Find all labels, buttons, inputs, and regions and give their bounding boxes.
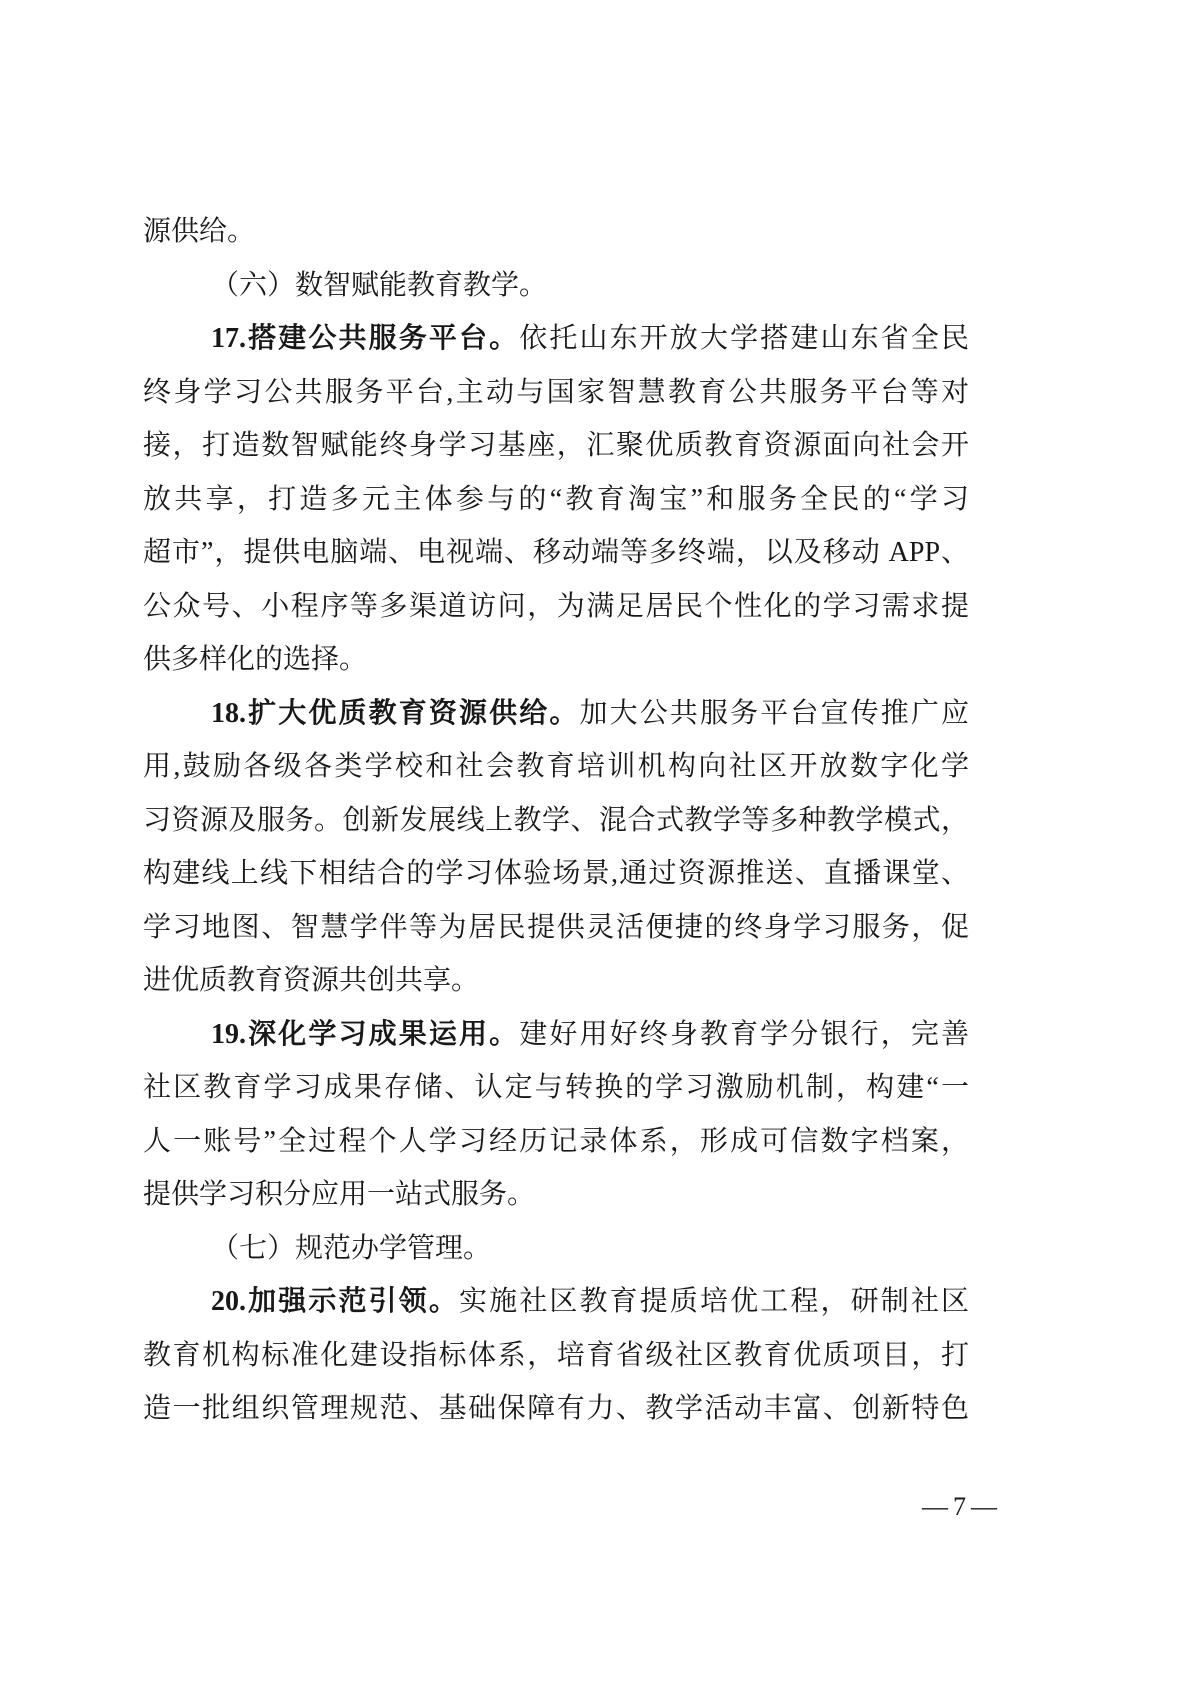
line-text: 习资源及服务。创新发展线上教学、混合式教学等多种教学模式， <box>143 805 969 836</box>
text-line: 造一批组织管理规范、基础保障有力、教学活动丰富、创新特色 <box>143 1382 969 1436</box>
text-line: 习资源及服务。创新发展线上教学、混合式教学等多种教学模式， <box>143 794 969 848</box>
text-line: 终身学习公共服务平台,主动与国家智慧教育公共服务平台等对 <box>143 366 969 420</box>
text-line: 18.扩大优质教育资源供给。加大公共服务平台宣传推广应 <box>143 687 969 741</box>
line-text: 建好用好终身教育学分银行，完善 <box>519 1019 969 1050</box>
text-line: 19.深化学习成果运用。建好用好终身教育学分银行，完善 <box>143 1008 969 1062</box>
paragraph-lead: 19.深化学习成果运用。 <box>211 1019 519 1050</box>
paragraph-lead: 20.加强示范引领。 <box>211 1286 459 1317</box>
line-text: 终身学习公共服务平台,主动与国家智慧教育公共服务平台等对 <box>143 377 969 408</box>
page-number: —7— <box>922 1492 1002 1522</box>
paragraph-lead: 17.搭建公共服务平台。 <box>211 323 519 354</box>
text-line: 构建线上线下相结合的学习体验场景,通过资源推送、直播课堂、 <box>143 847 969 901</box>
line-text: 构建线上线下相结合的学习体验场景,通过资源推送、直播课堂、 <box>143 858 969 889</box>
text-line: 公众号、小程序等多渠道访问，为满足居民个性化的学习需求提 <box>143 580 969 634</box>
text-line: 人一账号”全过程个人学习经历记录体系，形成可信数字档案， <box>143 1115 969 1169</box>
line-text: 实施社区教育提质培优工程，研制社区 <box>459 1286 969 1317</box>
line-text: 学习地图、智慧学伴等为居民提供灵活便捷的终身学习服务，促 <box>143 912 969 943</box>
line-text: 放共享，打造多元主体参与的“教育淘宝”和服务全民的“学习 <box>143 484 969 515</box>
line-text: 用,鼓励各级各类学校和社会教育培训机构向社区开放数字化学 <box>143 751 969 782</box>
text-line: 接，打造数智赋能终身学习基座，汇聚优质教育资源面向社会开 <box>143 419 969 473</box>
line-text: 进优质教育资源共创共享。 <box>143 965 479 996</box>
line-text: 供多样化的选择。 <box>143 644 367 675</box>
line-text: 超市”，提供电脑端、电视端、移动端等多终端，以及移动 APP、 <box>143 537 969 568</box>
text-line: 供多样化的选择。 <box>143 633 969 687</box>
text-line: 超市”，提供电脑端、电视端、移动端等多终端，以及移动 APP、 <box>143 526 969 580</box>
heading-text: （七）规范办学管理。 <box>211 1233 491 1264</box>
section-heading: （六）数智赋能教育教学。 <box>143 259 969 313</box>
line-text: 公众号、小程序等多渠道访问，为满足居民个性化的学习需求提 <box>143 591 969 622</box>
line-text: 人一账号”全过程个人学习经历记录体系，形成可信数字档案， <box>143 1126 969 1157</box>
line-text: 源供给。 <box>143 216 255 247</box>
paragraph-lead: 18.扩大优质教育资源供给。 <box>211 698 580 729</box>
text-line: 社区教育学习成果存储、认定与转换的学习激励机制，构建“一 <box>143 1061 969 1115</box>
line-text: 依托山东开放大学搭建山东省全民 <box>519 323 969 354</box>
text-line: 进优质教育资源共创共享。 <box>143 954 969 1008</box>
section-heading: （七）规范办学管理。 <box>143 1222 969 1276</box>
line-text: 教育机构标准化建设指标体系，培育省级社区教育优质项目，打 <box>143 1340 969 1371</box>
text-line: 放共享，打造多元主体参与的“教育淘宝”和服务全民的“学习 <box>143 473 969 527</box>
text-line: 20.加强示范引领。实施社区教育提质培优工程，研制社区 <box>143 1275 969 1329</box>
document-body: 源供给。 （六）数智赋能教育教学。 17.搭建公共服务平台。依托山东开放大学搭建… <box>143 205 969 1436</box>
text-line: 学习地图、智慧学伴等为居民提供灵活便捷的终身学习服务，促 <box>143 901 969 955</box>
document-page: 源供给。 （六）数智赋能教育教学。 17.搭建公共服务平台。依托山东开放大学搭建… <box>0 0 1190 1684</box>
text-line: 源供给。 <box>143 205 969 259</box>
line-text: 接，打造数智赋能终身学习基座，汇聚优质教育资源面向社会开 <box>143 430 969 461</box>
text-line: 17.搭建公共服务平台。依托山东开放大学搭建山东省全民 <box>143 312 969 366</box>
text-line: 教育机构标准化建设指标体系，培育省级社区教育优质项目，打 <box>143 1329 969 1383</box>
line-text: 造一批组织管理规范、基础保障有力、教学活动丰富、创新特色 <box>143 1393 969 1424</box>
text-line: 提供学习积分应用一站式服务。 <box>143 1168 969 1222</box>
heading-text: （六）数智赋能教育教学。 <box>211 270 547 301</box>
line-text: 提供学习积分应用一站式服务。 <box>143 1179 535 1210</box>
text-line: 用,鼓励各级各类学校和社会教育培训机构向社区开放数字化学 <box>143 740 969 794</box>
line-text: 加大公共服务平台宣传推广应 <box>580 698 970 729</box>
line-text: 社区教育学习成果存储、认定与转换的学习激励机制，构建“一 <box>143 1072 969 1103</box>
